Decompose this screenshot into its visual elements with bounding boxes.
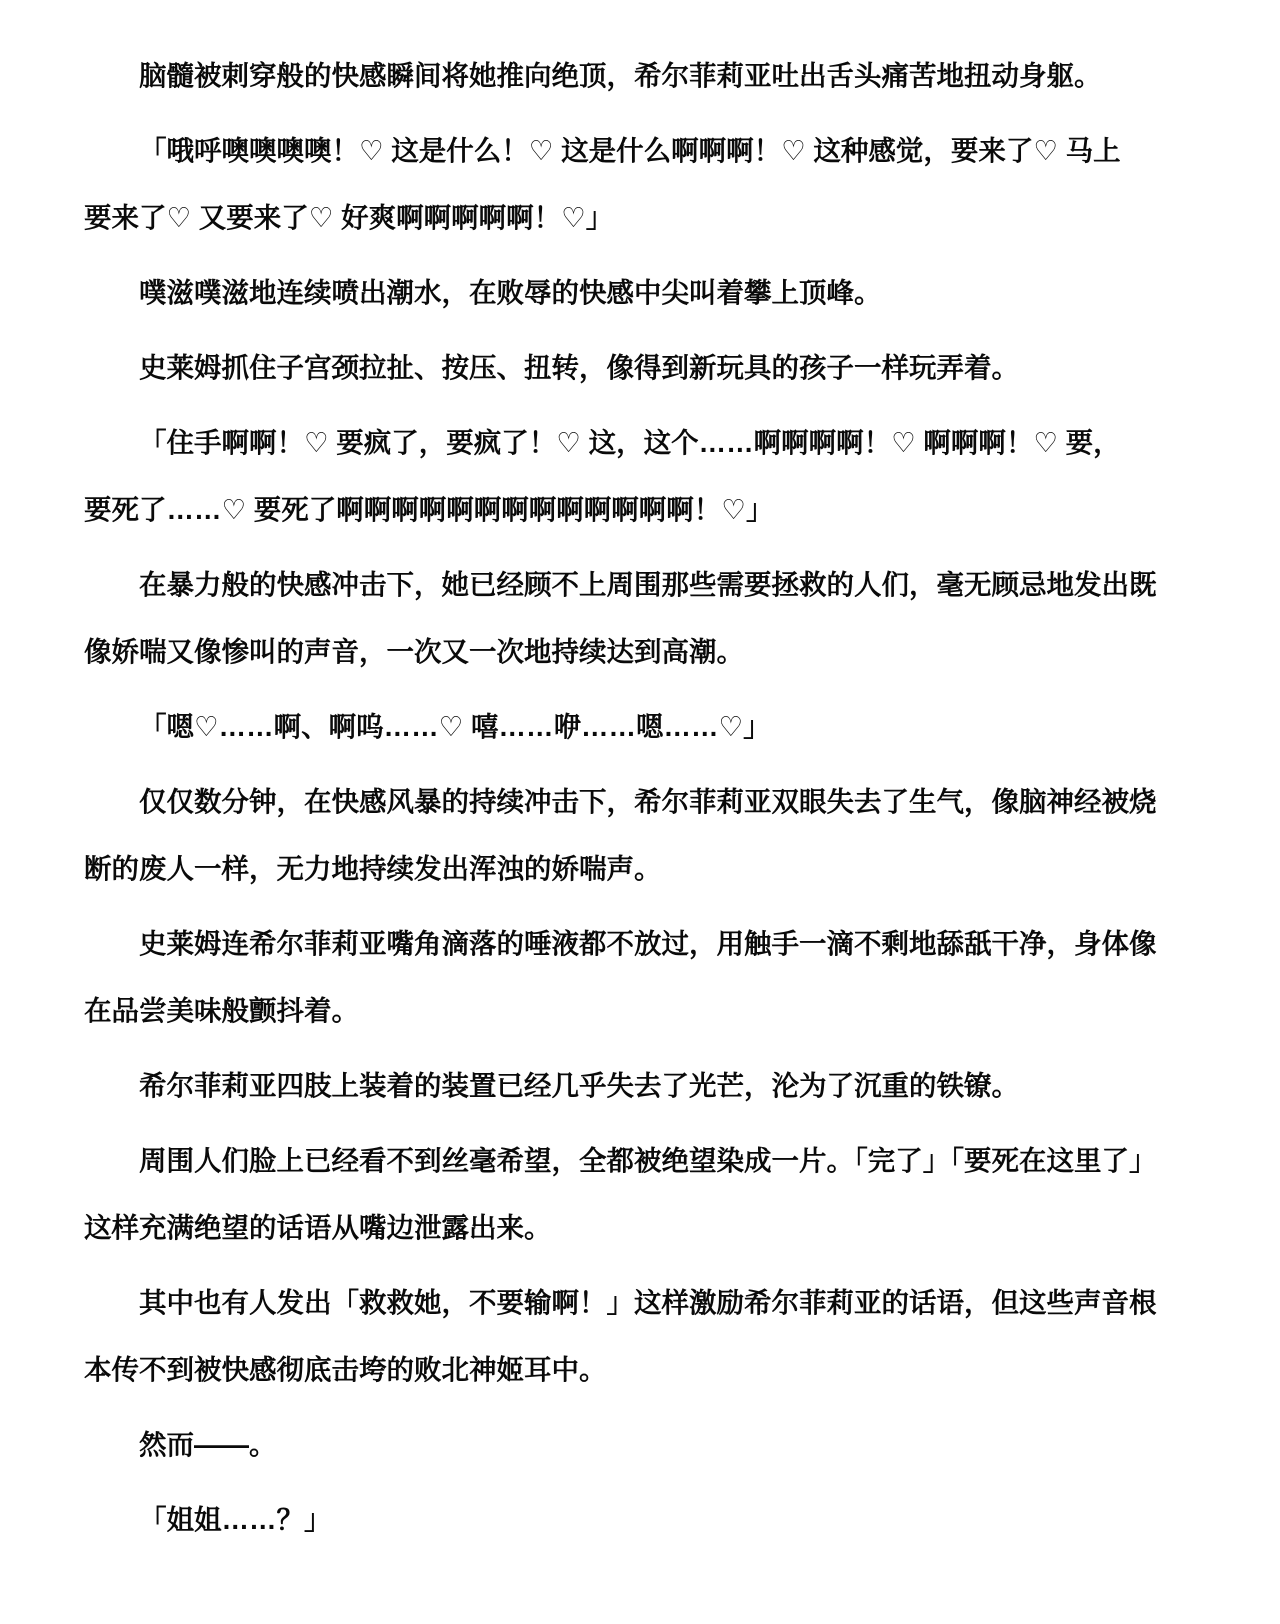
text-line: 「姐姐……？」: [84, 1486, 1196, 1553]
text-line: 「嗯♡……啊、啊呜……♡ 嘻……咿……嗯……♡」: [84, 693, 1196, 760]
text-line: 本传不到被快感彻底击垮的败北神姬耳中。: [84, 1336, 1196, 1403]
paragraph: 噗滋噗滋地连续喷出潮水，在败辱的快感中尖叫着攀上顶峰。: [84, 259, 1196, 326]
paragraph: 史莱姆抓住子宫颈拉扯、按压、扭转，像得到新玩具的孩子一样玩弄着。: [84, 334, 1196, 401]
paragraph: 在暴力般的快感冲击下，她已经顾不上周围那些需要拯救的人们，毫无顾忌地发出既像娇喘…: [84, 551, 1196, 685]
text-line: 噗滋噗滋地连续喷出潮水，在败辱的快感中尖叫着攀上顶峰。: [84, 259, 1196, 326]
novel-page: 脑髓被刺穿般的快感瞬间将她推向绝顶，希尔菲莉亚吐出舌头痛苦地扭动身躯。「哦呼噢噢…: [0, 0, 1280, 1624]
text-line: 史莱姆连希尔菲莉亚嘴角滴落的唾液都不放过，用触手一滴不剩地舔舐干净，身体像: [84, 910, 1196, 977]
text-line: 要死了……♡ 要死了啊啊啊啊啊啊啊啊啊啊啊啊啊！♡」: [84, 476, 1196, 543]
text-line: 周围人们脸上已经看不到丝毫希望，全都被绝望染成一片。「完了」「要死在这里了」: [84, 1127, 1196, 1194]
text-line: 仅仅数分钟，在快感风暴的持续冲击下，希尔菲莉亚双眼失去了生气，像脑神经被烧: [84, 768, 1196, 835]
paragraph: 希尔菲莉亚四肢上装着的装置已经几乎失去了光芒，沦为了沉重的铁镣。: [84, 1052, 1196, 1119]
text-line: 在暴力般的快感冲击下，她已经顾不上周围那些需要拯救的人们，毫无顾忌地发出既: [84, 551, 1196, 618]
text-line: 在品尝美味般颤抖着。: [84, 977, 1196, 1044]
paragraph: 然而——。: [84, 1411, 1196, 1478]
paragraph: 「住手啊啊！♡ 要疯了，要疯了！♡ 这，这个……啊啊啊啊！♡ 啊啊啊！♡ 要，要…: [84, 409, 1196, 543]
paragraph: 「嗯♡……啊、啊呜……♡ 嘻……咿……嗯……♡」: [84, 693, 1196, 760]
paragraph: 史莱姆连希尔菲莉亚嘴角滴落的唾液都不放过，用触手一滴不剩地舔舐干净，身体像在品尝…: [84, 910, 1196, 1044]
paragraph: 仅仅数分钟，在快感风暴的持续冲击下，希尔菲莉亚双眼失去了生气，像脑神经被烧断的废…: [84, 768, 1196, 902]
text-line: 像娇喘又像惨叫的声音，一次又一次地持续达到高潮。: [84, 618, 1196, 685]
paragraph: 周围人们脸上已经看不到丝毫希望，全都被绝望染成一片。「完了」「要死在这里了」这样…: [84, 1127, 1196, 1261]
text-line: 「哦呼噢噢噢噢！♡ 这是什么！♡ 这是什么啊啊啊！♡ 这种感觉，要来了♡ 马上: [84, 117, 1196, 184]
text-line: 这样充满绝望的话语从嘴边泄露出来。: [84, 1194, 1196, 1261]
text-line: 其中也有人发出「救救她，不要输啊！」这样激励希尔菲莉亚的话语，但这些声音根: [84, 1269, 1196, 1336]
text-line: 断的废人一样，无力地持续发出浑浊的娇喘声。: [84, 835, 1196, 902]
novel-text-body: 脑髓被刺穿般的快感瞬间将她推向绝顶，希尔菲莉亚吐出舌头痛苦地扭动身躯。「哦呼噢噢…: [0, 0, 1280, 1553]
paragraph: 其中也有人发出「救救她，不要输啊！」这样激励希尔菲莉亚的话语，但这些声音根本传不…: [84, 1269, 1196, 1403]
text-line: 然而——。: [84, 1411, 1196, 1478]
text-line: 希尔菲莉亚四肢上装着的装置已经几乎失去了光芒，沦为了沉重的铁镣。: [84, 1052, 1196, 1119]
text-line: 史莱姆抓住子宫颈拉扯、按压、扭转，像得到新玩具的孩子一样玩弄着。: [84, 334, 1196, 401]
paragraph: 「姐姐……？」: [84, 1486, 1196, 1553]
paragraph: 脑髓被刺穿般的快感瞬间将她推向绝顶，希尔菲莉亚吐出舌头痛苦地扭动身躯。: [84, 42, 1196, 109]
text-line: 要来了♡ 又要来了♡ 好爽啊啊啊啊啊！♡」: [84, 184, 1196, 251]
text-line: 「住手啊啊！♡ 要疯了，要疯了！♡ 这，这个……啊啊啊啊！♡ 啊啊啊！♡ 要，: [84, 409, 1196, 476]
paragraph: 「哦呼噢噢噢噢！♡ 这是什么！♡ 这是什么啊啊啊！♡ 这种感觉，要来了♡ 马上要…: [84, 117, 1196, 251]
text-line: 脑髓被刺穿般的快感瞬间将她推向绝顶，希尔菲莉亚吐出舌头痛苦地扭动身躯。: [84, 42, 1196, 109]
